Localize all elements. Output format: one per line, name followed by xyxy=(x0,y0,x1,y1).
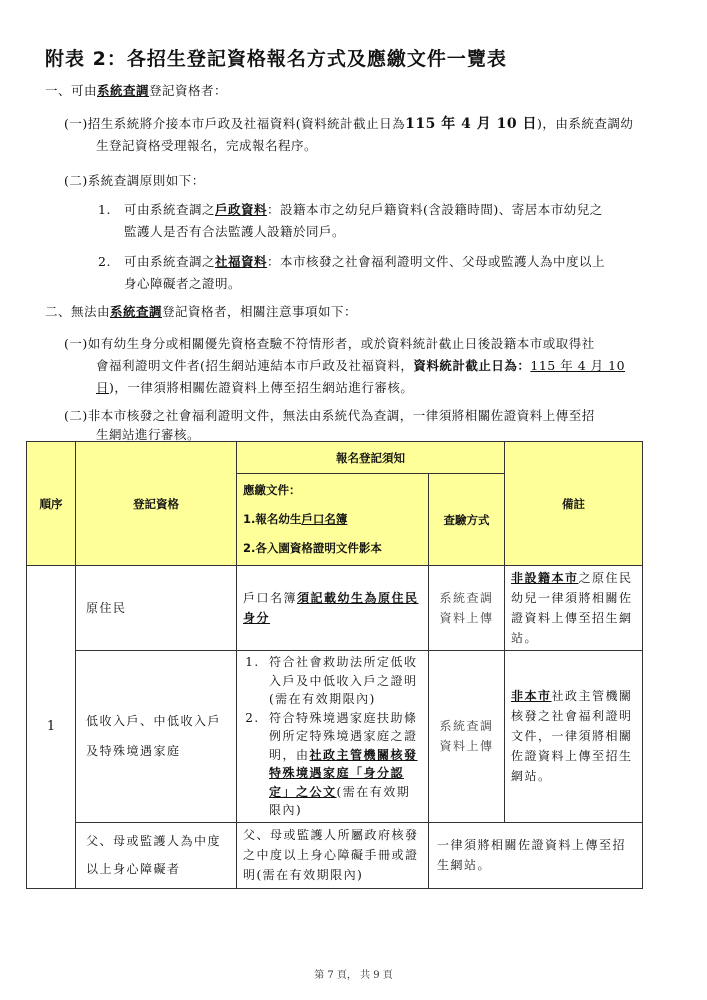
qualification-cell: 低收入戶、中低收入戶及特殊境遇家庭 xyxy=(76,651,237,823)
page-footer: 第 7 頁， 共 9 頁 xyxy=(0,966,707,981)
header-docs: 應繳文件： 1.報名幼生戶口名簿 2.各入園資格證明文件影本 xyxy=(237,474,429,566)
docs-text: 戶口名簿 xyxy=(243,591,297,605)
qualification-cell: 原住民 xyxy=(76,566,237,651)
docs-cell: 符合社會救助法所定低收入戶及中低收入戶之證明(需在有效期限內) 符合特殊境遇家庭… xyxy=(237,651,429,823)
docs-item-2: 2.各入園資格證明文件影本 xyxy=(243,534,422,563)
section-2-suffix: 登記資格者，相關注意事項如下： xyxy=(162,304,357,319)
docs-title: 應繳文件： xyxy=(243,476,422,505)
point-text: 可由系統查調之 xyxy=(124,254,215,269)
point-2-line2: 身心障礙者之證明。 xyxy=(124,273,241,295)
docs-text: 1.報名幼生 xyxy=(243,512,301,526)
point-2-num: 2. xyxy=(98,251,111,273)
point-2: 可由系統查調之社福資料：本市核發之社會福利證明文件、父母或監護人為中度以上 xyxy=(124,251,684,273)
section-1-suffix: 登記資格者： xyxy=(149,83,227,98)
header-remark: 備註 xyxy=(505,442,643,566)
section-1-item-2: (二)系統查調原則如下： xyxy=(64,170,205,192)
header-order: 順序 xyxy=(27,442,76,566)
section-1-item-1: (一)招生系統將介接本市戶政及社福資料(資料統計截止日為115 年 4 月 10… xyxy=(64,113,684,135)
item-text: )，一律須將相關佐證資料上傳至招生網站進行審核。 xyxy=(109,380,413,395)
docs-item-1: 1.報名幼生戶口名簿 xyxy=(243,505,422,534)
page-title: 附表 2：各招生登記資格報名方式及應繳文件一覽表 xyxy=(45,44,507,71)
cutoff-date: 115 年 4 月 10 xyxy=(530,358,625,373)
section-2-prefix: 二、無法由 xyxy=(45,304,110,319)
item-label: (二) xyxy=(64,408,88,423)
point-text: ：設籍本市之幼兒戶籍資料(含設籍時間)、寄居本市幼兒之 xyxy=(267,202,603,217)
merged-note-cell: 一律須將相關佐證資料上傳至招生網站。 xyxy=(429,822,643,888)
docs-list-item: 符合社會救助法所定低收入戶及中低收入戶之證明(需在有效期限內) xyxy=(265,653,422,709)
point-text: ：本市核發之社會福利證明文件、父母或監護人為中度以上 xyxy=(267,254,605,269)
remark-cell: 非設籍本市之原住民幼兒一律須將相關佐證資料上傳至招生網站。 xyxy=(505,566,643,651)
section-2-item-1-line3: 日)，一律須將相關佐證資料上傳至招生網站進行審核。 xyxy=(96,377,413,399)
point-keyword: 戶政資料 xyxy=(215,202,267,217)
header-verify: 查驗方式 xyxy=(429,474,505,566)
item-label: (二) xyxy=(64,173,88,188)
point-keyword: 社福資料 xyxy=(215,254,267,269)
section-2-keyword: 系統查調 xyxy=(110,304,162,319)
item-text: 會福利證明文件者(招生網站連結本市戶政及社福資料， xyxy=(96,358,413,373)
point-1: 可由系統查調之戶政資料：設籍本市之幼兒戶籍資料(含設籍時間)、寄居本市幼兒之 xyxy=(124,199,684,221)
section-1-keyword: 系統查調 xyxy=(97,83,149,98)
item-label: (一) xyxy=(64,336,88,351)
cutoff-date: 115 年 4 月 10 日 xyxy=(405,116,537,132)
section-1-item-1-line2: 生登記資格受理報名，完成報名程序。 xyxy=(96,135,317,157)
order-cell: 1 xyxy=(27,566,76,889)
docs-cell: 戶口名簿須記載幼生為原住民身分 xyxy=(237,566,429,651)
docs-cell: 父、母或監護人所屬政府核發之中度以上身心障礙手冊或證明(需在有效期限內) xyxy=(237,822,429,888)
remark-keyword: 非設籍本市 xyxy=(511,571,579,585)
qualification-cell: 父、母或監護人為中度以上身心障礙者 xyxy=(76,822,237,888)
item-label: (一) xyxy=(64,116,88,131)
point-1-num: 1. xyxy=(98,199,111,221)
registration-table: 順序 登記資格 報名登記須知 備註 應繳文件： 1.報名幼生戶口名簿 2.各入園… xyxy=(26,441,643,889)
item-text: 招生系統將介接本市戶政及社福資料(資料統計截止日為 xyxy=(88,116,405,131)
section-2-item-1: (一)如有幼生身分或相關優先資格查驗不符情形者，或於資料統計截止日後設籍本市或取… xyxy=(64,333,684,355)
item-text: 如有幼生身分或相關優先資格查驗不符情形者，或於資料統計截止日後設籍本市或取得社 xyxy=(88,336,595,351)
section-2-heading: 二、無法由系統查調登記資格者，相關注意事項如下： xyxy=(45,301,357,323)
remark-text: 社政主管機關核發之社會福利證明文件，一律須將相關佐證資料上傳至招生網站。 xyxy=(511,689,633,783)
cutoff-label: 資料統計截止日為： xyxy=(413,358,530,373)
item-text: 非本市核發之社會福利證明文件，無法由系統代為查調，一律須將相關佐證資料上傳至招 xyxy=(88,408,595,423)
verify-cell: 系統查調資料上傳 xyxy=(429,651,505,823)
docs-keyword: 戶口名簿 xyxy=(301,512,347,526)
section-1-heading: 一、可由系統查調登記資格者： xyxy=(45,80,227,102)
remark-cell: 非本市社政主管機關核發之社會福利證明文件，一律須將相關佐證資料上傳至招生網站。 xyxy=(505,651,643,823)
header-notice: 報名登記須知 xyxy=(237,442,505,474)
point-text: 可由系統查調之 xyxy=(124,202,215,217)
remark-keyword: 非本市 xyxy=(511,689,552,703)
verify-cell: 系統查調資料上傳 xyxy=(429,566,505,651)
item-text: )，由系統查調幼 xyxy=(537,116,633,131)
cutoff-date-end: 日 xyxy=(96,380,109,395)
section-1-prefix: 一、可由 xyxy=(45,83,97,98)
item-text: 系統查調原則如下： xyxy=(88,173,205,188)
point-1-line2: 監護人是否有合法監護人設籍於同戶。 xyxy=(124,221,345,243)
header-qualification: 登記資格 xyxy=(76,442,237,566)
docs-list-item: 符合特殊境遇家庭扶助條例所定特殊境遇家庭之證明，由社政主管機關核發特殊境遇家庭「… xyxy=(265,709,422,820)
section-2-item-1-line2: 會福利證明文件者(招生網站連結本市戶政及社福資料，資料統計截止日為：115 年 … xyxy=(96,355,696,377)
